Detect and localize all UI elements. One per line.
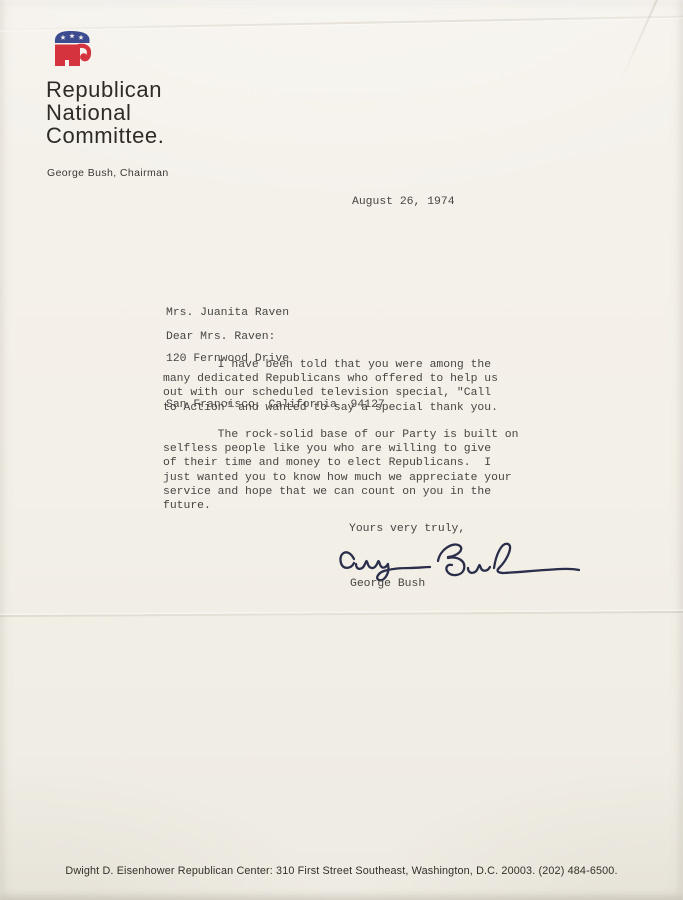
body-paragraph-2: The rock-solid base of our Party is buil…: [163, 428, 518, 513]
closing-line: Yours very truly,: [349, 522, 465, 536]
chairman-line: George Bush, Chairman: [47, 167, 169, 180]
gop-elephant-logo: [52, 30, 93, 67]
org-name: Republican National Committee.: [46, 78, 164, 147]
salutation: Dear Mrs. Raven:: [166, 330, 275, 344]
body-paragraph-1: I have been told that you were among the…: [163, 358, 498, 415]
paper-crease-top: [0, 15, 683, 31]
recipient-name: Mrs. Juanita Raven: [166, 306, 385, 321]
letter-page: Republican National Committee. George Bu…: [0, 0, 683, 900]
paper-fold-crease: [0, 611, 683, 617]
paper-crease-corner: [619, 0, 658, 82]
footer-address: Dwight D. Eisenhower Republican Center: …: [0, 865, 683, 877]
date-line: August 26, 1974: [352, 195, 455, 209]
typed-signature-name: George Bush: [350, 577, 425, 591]
